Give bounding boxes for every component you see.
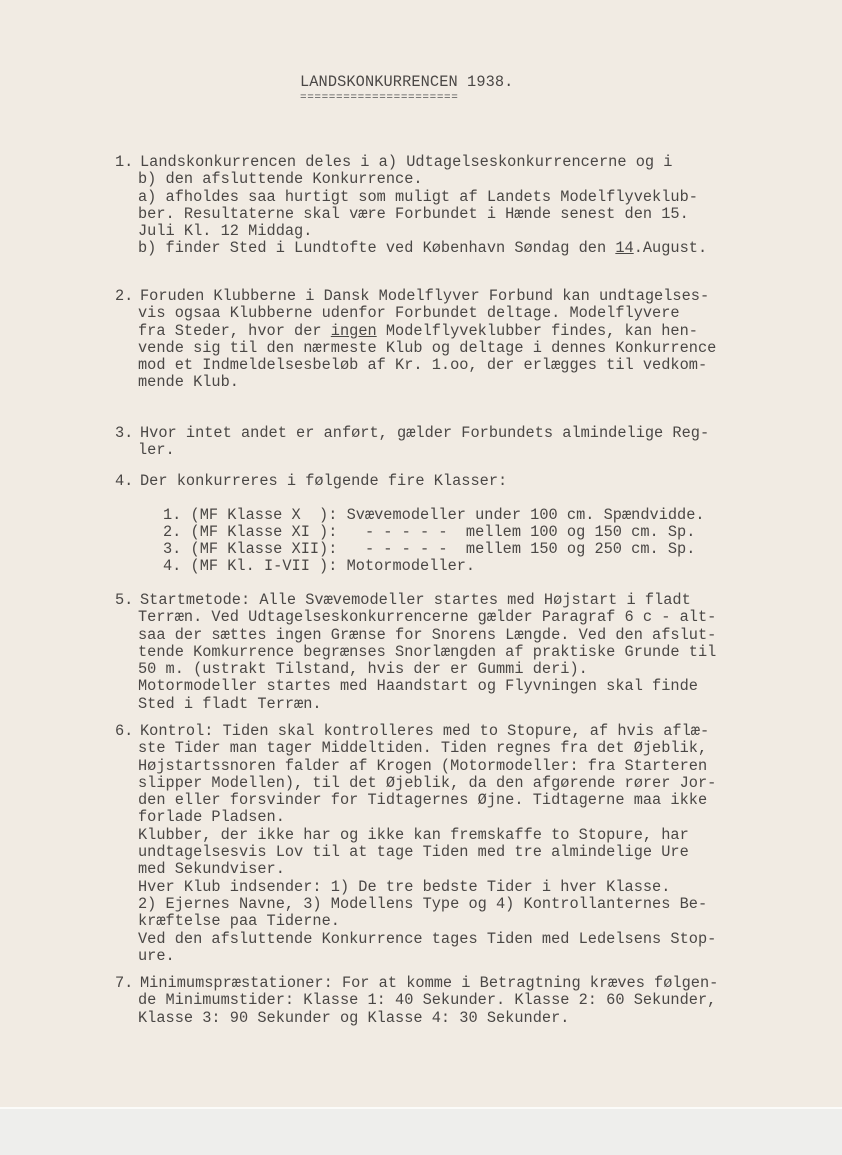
section-text: tende Komkurrence begrænses Snorlængden …: [115, 644, 815, 661]
section-text: mod et Indmeldelsesbeløb af Kr. 1.oo, de…: [115, 357, 815, 374]
section-text: ure.: [115, 948, 815, 965]
section-text: Klubber, der ikke har og ikke kan fremsk…: [115, 827, 815, 844]
document-title: LANDSKONKURRENCEN 1938.: [300, 73, 513, 91]
section-text: ler.: [115, 442, 815, 459]
section-text: Hvor intet andet er anført, gælder Forbu…: [140, 424, 709, 442]
class-row: 1. (MF Klasse X ): Svævemodeller under 1…: [115, 507, 815, 524]
section-text: Motormodeller startes med Haandstart og …: [115, 678, 815, 695]
section-text: Hver Klub indsender: 1) De tre bedste Ti…: [115, 879, 815, 896]
text-run: .August.: [634, 239, 707, 257]
section-4: 4.Der konkurreres i følgende fire Klasse…: [115, 473, 815, 575]
section-2: 2.Foruden Klubberne i Dansk Modelflyver …: [115, 288, 815, 392]
class-row: 2. (MF Klasse XI ): - - - - - mellem 100…: [115, 524, 815, 541]
section-text: mende Klub.: [115, 374, 815, 391]
section-number: 7.: [115, 975, 140, 992]
title-double-underline: ======================: [300, 93, 458, 103]
section-text: a) afholdes saa hurtigt som muligt af La…: [115, 189, 815, 206]
section-text: fra Steder, hvor der ingen Modelflyveklu…: [115, 323, 815, 340]
text-run: b) finder Sted i Lundtofte ved København…: [138, 239, 615, 257]
section-text: Klasse 3: 90 Sekunder og Klasse 4: 30 Se…: [115, 1010, 815, 1027]
section-text: Der konkurreres i følgende fire Klasser:: [140, 472, 507, 490]
section-text: 2) Ejernes Navne, 3) Modellens Type og 4…: [115, 896, 815, 913]
section-text: 50 m. (ustrakt Tilstand, hvis der er Gum…: [115, 661, 815, 678]
paper-edge: [0, 1107, 842, 1109]
section-text: undtagelsesvis Lov til at tage Tiden med…: [115, 844, 815, 861]
section-text: Foruden Klubberne i Dansk Modelflyver Fo…: [140, 287, 709, 305]
text-run: fra Steder, hvor der: [138, 322, 331, 340]
section-number: 5.: [115, 592, 140, 609]
section-text: ste Tider man tager Middeltiden. Tiden r…: [115, 740, 815, 757]
section-number: 2.: [115, 288, 140, 305]
underlined-date: 14: [615, 239, 633, 257]
section-7: 7.Minimumspræstationer: For at komme i B…: [115, 975, 815, 1027]
section-text: Ved den afsluttende Konkurrence tages Ti…: [115, 931, 815, 948]
class-row: 4. (MF Kl. I-VII ): Motormodeller.: [115, 558, 815, 575]
section-5: 5.Startmetode: Alle Svævemodeller starte…: [115, 592, 815, 713]
section-text: Højstartssnoren falder af Krogen (Motorm…: [115, 758, 815, 775]
section-6: 6.Kontrol: Tiden skal kontrolleres med t…: [115, 723, 815, 965]
section-text: b) den afsluttende Konkurrence.: [115, 171, 815, 188]
section-text: slipper Modellen), til det Øjeblik, da d…: [115, 775, 815, 792]
section-text: Sted i fladt Terræn.: [115, 696, 815, 713]
text-run: Modelflyveklubber findes, kan hen-: [377, 322, 698, 340]
class-row: 3. (MF Klasse XII): - - - - - mellem 150…: [115, 541, 815, 558]
section-text: Juli Kl. 12 Middag.: [115, 223, 815, 240]
section-number: 1.: [115, 154, 140, 171]
section-text: saa der sættes ingen Grænse for Snorens …: [115, 627, 815, 644]
section-text: Minimumspræstationer: For at komme i Bet…: [140, 974, 718, 992]
section-text: b) finder Sted i Lundtofte ved København…: [115, 240, 815, 257]
section-text: de Minimumstider: Klasse 1: 40 Sekunder.…: [115, 992, 815, 1009]
section-number: 3.: [115, 425, 140, 442]
section-number: 6.: [115, 723, 140, 740]
section-text: kræftelse paa Tiderne.: [115, 913, 815, 930]
underlined-word: ingen: [331, 322, 377, 340]
section-text: vis ogsaa Klubberne udenfor Forbundet de…: [115, 305, 815, 322]
section-text: Terræn. Ved Udtagelseskonkurrencerne gæl…: [115, 609, 815, 626]
section-text: vende sig til den nærmeste Klub og delta…: [115, 340, 815, 357]
section-1: 1.Landskonkurrencen deles i a) Udtagelse…: [115, 154, 815, 258]
section-text: forlade Pladsen.: [115, 809, 815, 826]
section-text: Kontrol: Tiden skal kontrolleres med to …: [140, 722, 709, 740]
section-number: 4.: [115, 473, 140, 490]
section-text: ber. Resultaterne skal være Forbundet i …: [115, 206, 815, 223]
section-text: Landskonkurrencen deles i a) Udtagelsesk…: [140, 153, 672, 171]
section-text: med Sekundviser.: [115, 861, 815, 878]
section-text: den eller forsvinder for Tidtagernes Øjn…: [115, 792, 815, 809]
section-text: Startmetode: Alle Svævemodeller startes …: [140, 591, 691, 609]
section-3: 3.Hvor intet andet er anført, gælder For…: [115, 425, 815, 460]
